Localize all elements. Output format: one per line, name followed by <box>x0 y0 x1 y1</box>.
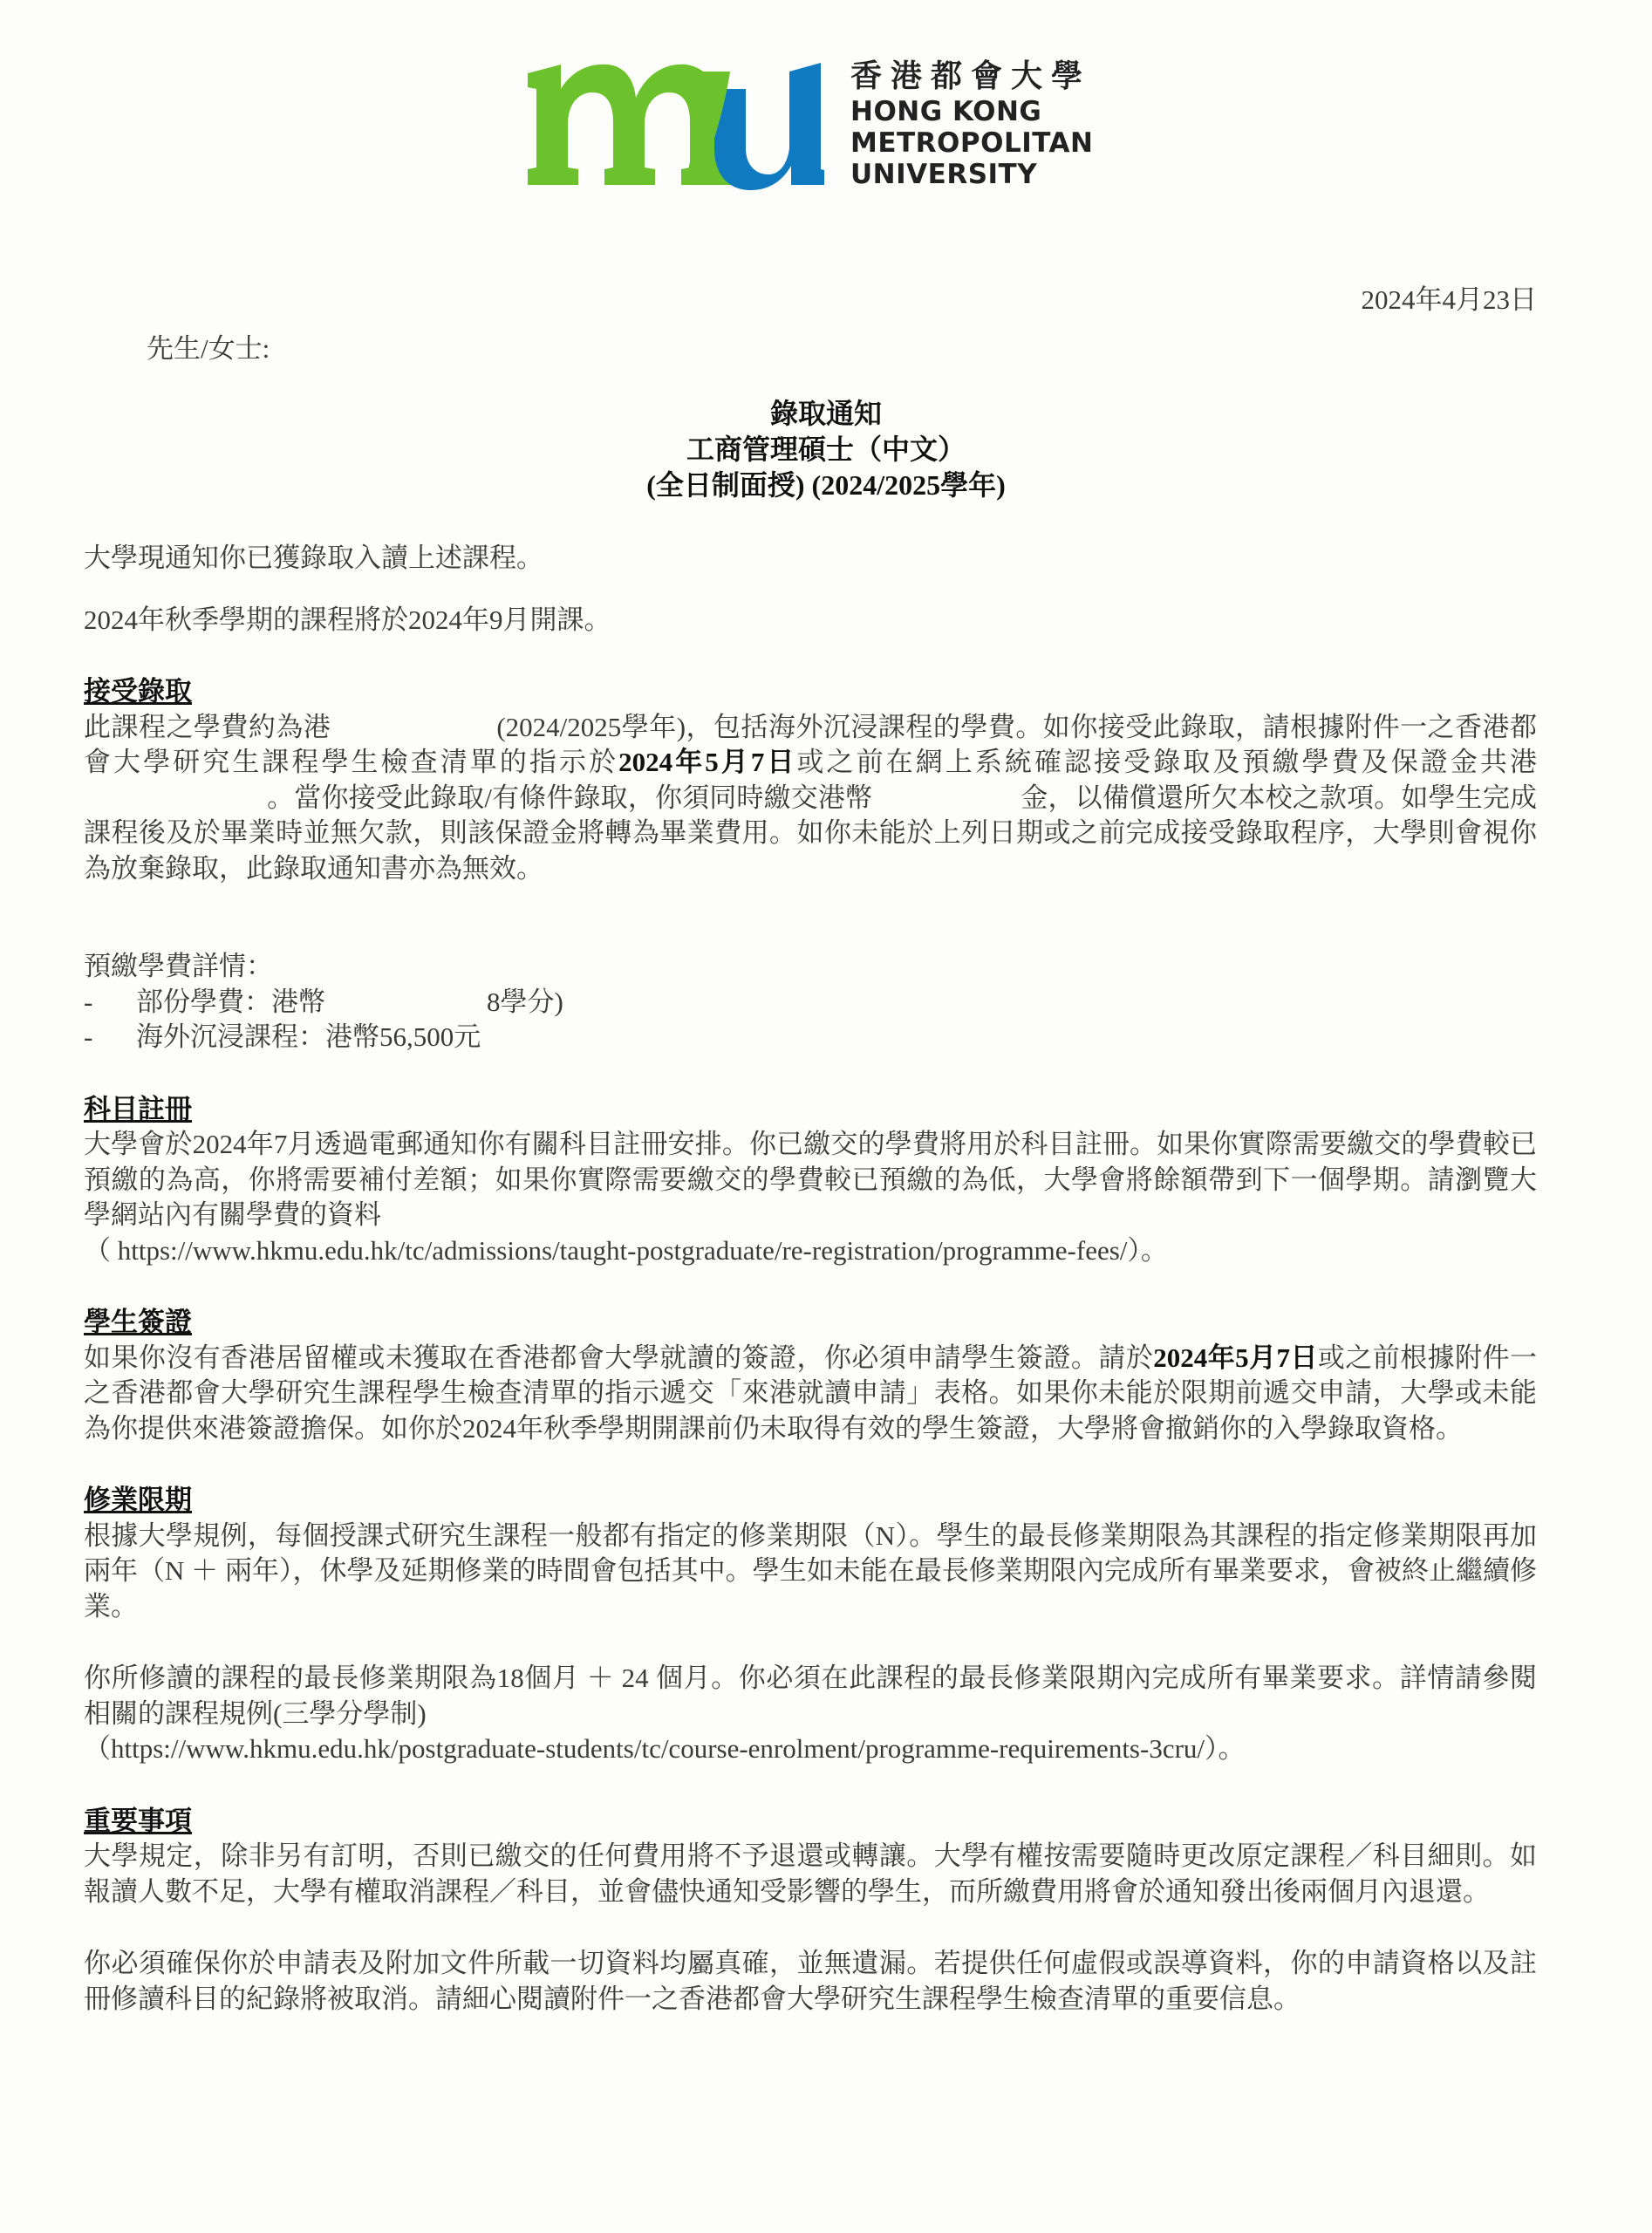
section-important-notes: 重要事項 大學規定，除非另有訂明，否則已繳交的任何費用將不予退還或轉讓。大學有權… <box>84 1804 1537 2018</box>
registration-paragraph: 大學會於2024年7月透過電郵通知你有關科目註冊安排。你已繳交的學費將用於科目註… <box>84 1127 1537 1233</box>
logo-name-en-3: UNIVERSITY <box>850 159 1093 190</box>
programme-fees-link[interactable]: https://www.hkmu.edu.hk/tc/admissions/ta… <box>118 1235 1128 1266</box>
visa-deadline-date: 2024年5月7日 <box>1153 1342 1318 1373</box>
duration-paragraph-1: 根據大學規例，每個授課式研究生課程一般都有指定的修業期限（N）。學生的最長修業期… <box>84 1519 1537 1625</box>
section-heading: 學生簽證 <box>84 1305 1537 1341</box>
university-logo: 香港都會大學 HONG KONG METROPOLITAN UNIVERSITY <box>528 54 1086 194</box>
section-student-visa: 學生簽證 如果你沒有香港居留權或未獲取在香港都會大學就讀的簽證，你必須申請學生簽… <box>84 1305 1537 1446</box>
hkmu-logo-mark-icon <box>528 54 824 194</box>
section-heading: 修業限期 <box>84 1483 1537 1519</box>
text: ）。 <box>1127 1235 1168 1266</box>
logo-name-en-2: METROPOLITAN <box>850 127 1093 159</box>
section-prepay-details: 預繳學費詳情： - 部份學費：港幣8學分) - 海外沉浸課程：港幣56,500元 <box>84 949 1537 1055</box>
section-heading: 重要事項 <box>84 1804 1537 1840</box>
letter-title: 錄取通知 工商管理碩士（中文） (全日制面授) (2024/2025學年) <box>0 396 1652 503</box>
bullet-dash: - <box>84 1020 136 1055</box>
intro-start-date: 2024年秋季學期的課程將於2024年9月開課。 <box>84 603 1537 638</box>
text: 。當你接受此錄取/有條件錄取，你須同時繳交港幣 <box>267 782 872 813</box>
requirements-link-line: （https://www.hkmu.edu.hk/postgraduate-st… <box>84 1731 1537 1767</box>
partial-fee-credits: 8學分) <box>487 985 563 1021</box>
important-paragraph-2: 你必須確保你於申請表及附加文件所載一切資料均屬真確，並無遺漏。若提供任何虛假或誤… <box>84 1946 1537 2017</box>
title-line-2: 工商管理碩士（中文） <box>0 432 1652 468</box>
section-study-duration: 修業限期 根據大學規例，每個授課式研究生課程一般都有指定的修業期限（N）。學生的… <box>84 1483 1537 1767</box>
accept-paragraph: 此課程之學費約為港(2024/2025學年)，包括海外沉浸課程的學費。如你接受此… <box>84 710 1537 887</box>
text: （ <box>84 1235 118 1266</box>
text: 或之前在網上系統確認接受錄取及預繳學費及保證金共港 <box>797 747 1538 777</box>
letter-date: 2024年4月23日 <box>1362 277 1538 317</box>
logo-wordmark: 香港都會大學 HONG KONG METROPOLITAN UNIVERSITY <box>850 58 1093 190</box>
redacted-partial-fee <box>325 985 487 1021</box>
important-paragraph-1: 大學規定，除非另有訂明，否則已繳交的任何費用將不予退還或轉讓。大學有權按需要隨時… <box>84 1839 1537 1909</box>
title-line-1: 錄取通知 <box>0 396 1652 432</box>
bullet-dash: - <box>84 985 136 1021</box>
text: 此課程之學費約為港 <box>84 712 331 742</box>
logo-name-cn: 香港都會大學 <box>850 58 1093 96</box>
visa-paragraph: 如果你沒有香港居留權或未獲取在香港都會大學就讀的簽證，你必須申請學生簽證。請於2… <box>84 1341 1537 1447</box>
partial-fee-label: 部份學費：港幣 <box>136 985 325 1021</box>
section-heading: 科目註冊 <box>84 1092 1537 1128</box>
programme-requirements-link[interactable]: https://www.hkmu.edu.hk/postgraduate-stu… <box>111 1733 1205 1764</box>
section-accept-offer: 接受錄取 此課程之學費約為港(2024/2025學年)，包括海外沉浸課程的學費。… <box>84 674 1537 886</box>
section-course-registration: 科目註冊 大學會於2024年7月透過電郵通知你有關科目註冊安排。你已繳交的學費將… <box>84 1092 1537 1269</box>
deadline-date: 2024年5月7日 <box>618 747 796 777</box>
duration-paragraph-2: 你所修讀的課程的最長修業期限為18個月 ＋ 24 個月。你必須在此課程的最長修業… <box>84 1661 1537 1731</box>
letter-body: 大學現通知你已獲錄取入讀上述課程。 2024年秋季學期的課程將於2024年9月開… <box>84 541 1537 2017</box>
text: 如果你沒有香港居留權或未獲取在香港都會大學就讀的簽證，你必須申請學生簽證。請於 <box>84 1342 1153 1373</box>
logo-name-en-1: HONG KONG <box>850 96 1093 127</box>
prepay-label: 預繳學費詳情： <box>84 949 1537 985</box>
list-item: - 海外沉浸課程：港幣56,500元 <box>84 1020 1537 1055</box>
fees-link-line: （ https://www.hkmu.edu.hk/tc/admissions/… <box>84 1233 1537 1269</box>
immersion-fee: 海外沉浸課程：港幣56,500元 <box>136 1020 481 1055</box>
text: （ <box>84 1733 111 1764</box>
title-line-3: (全日制面授) (2024/2025學年) <box>0 468 1652 503</box>
intro-admission: 大學現通知你已獲錄取入讀上述課程。 <box>84 541 1537 577</box>
list-item: - 部份學費：港幣8學分) <box>84 985 1537 1021</box>
section-heading: 接受錄取 <box>84 674 1537 710</box>
text: ）。 <box>1205 1733 1246 1764</box>
salutation: 先生/女士: <box>147 326 270 365</box>
